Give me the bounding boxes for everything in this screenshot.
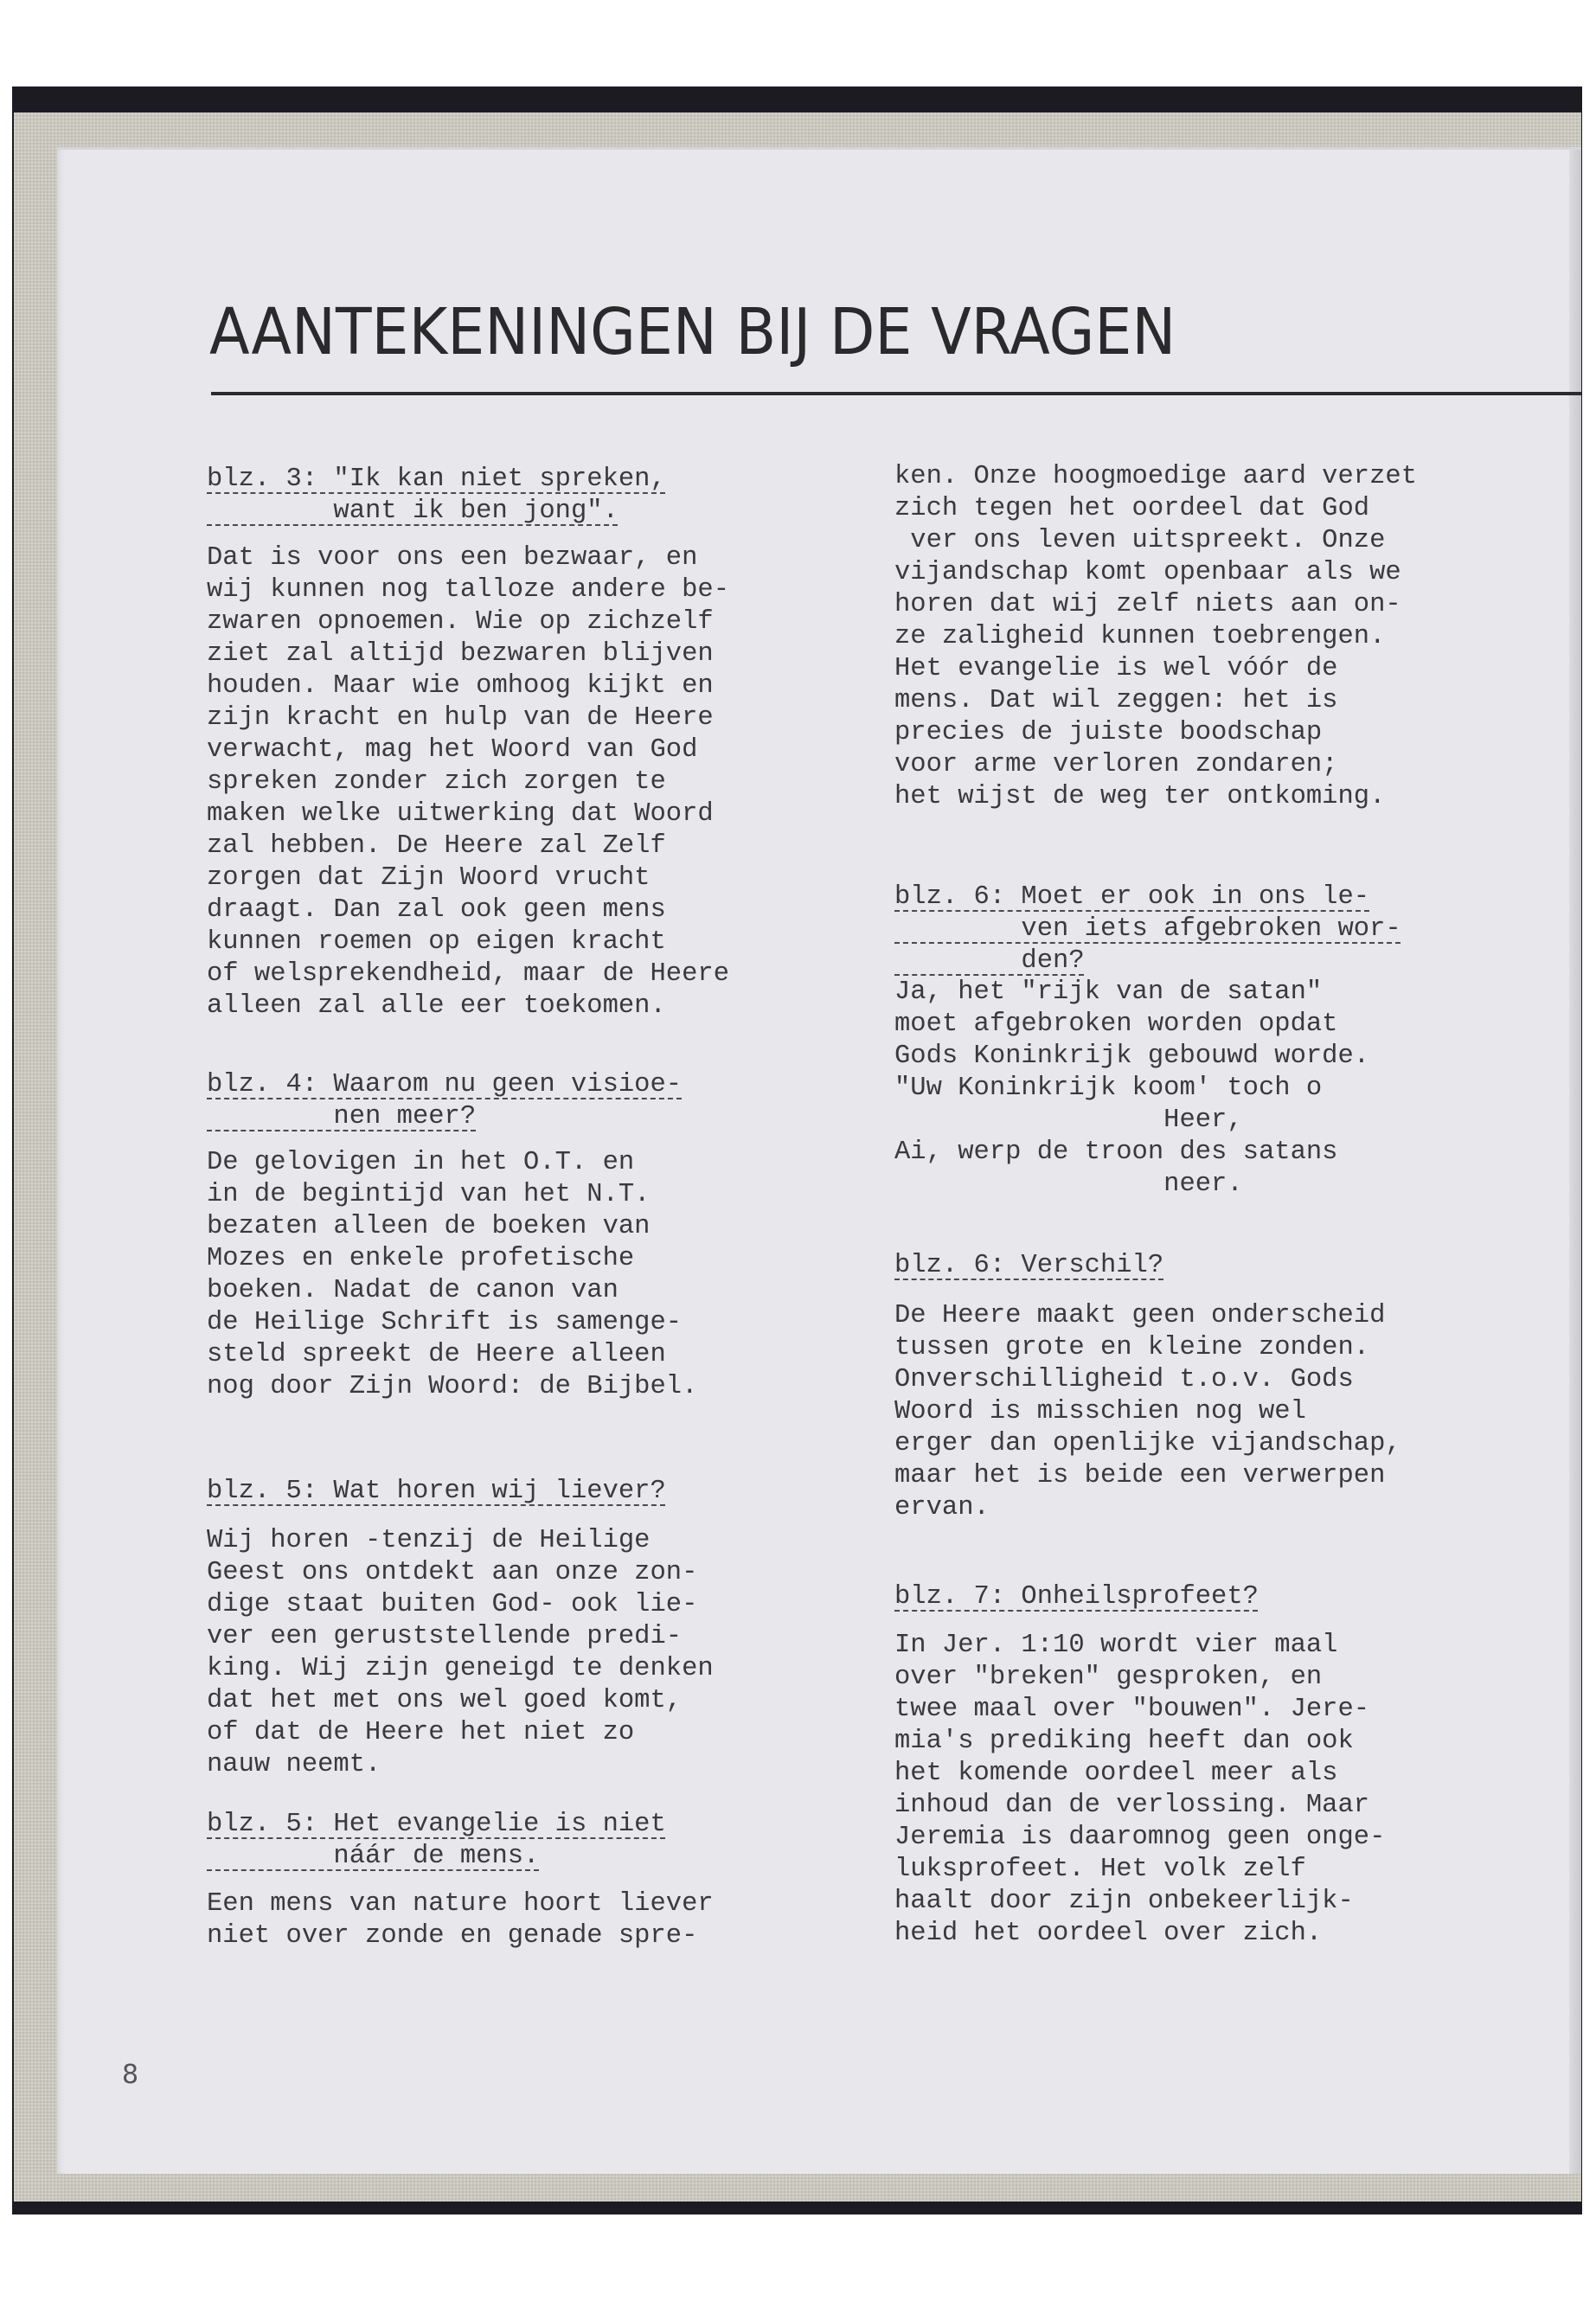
section-heading: den? — [894, 945, 1085, 977]
body-line: zijn kracht en hulp van de Heere — [207, 702, 714, 734]
body-line: Jeremia is daaromnog geen onge- — [894, 1822, 1385, 1854]
section-heading: blz. 6: Moet er ook in ons le- — [894, 881, 1369, 913]
body-line: over "breken" gesproken, en — [894, 1662, 1322, 1694]
body-line: niet over zonde en genade spre- — [207, 1920, 697, 1952]
body-line: draagt. Dan zal ook geen mens — [207, 894, 666, 926]
body-line: erger dan openlijke vijandschap, — [894, 1428, 1401, 1460]
body-line: boeken. Nadat de canon van — [207, 1275, 619, 1307]
body-line: ver een geruststellende predi- — [207, 1621, 682, 1653]
section-heading: blz. 4: Waarom nu geen visioe- — [207, 1069, 682, 1101]
body-line: heid het oordeel over zich. — [894, 1918, 1322, 1950]
left-column: blz. 3: "Ik kan niet spreken, want ik be… — [207, 150, 864, 2053]
body-line: luksprofeet. Het volk zelf — [894, 1854, 1306, 1886]
body-line: tussen grote en kleine zonden. — [894, 1332, 1369, 1364]
body-line: haalt door zijn onbekeerlijk- — [894, 1886, 1354, 1918]
body-line: spreken zonder zich zorgen te — [207, 766, 666, 798]
body-line: Dat is voor ons een bezwaar, en — [207, 542, 697, 574]
body-line: de Heilige Schrift is samenge- — [207, 1307, 682, 1339]
page-number: 8 — [122, 2060, 138, 2090]
body-line: dat het met ons wel goed komt, — [207, 1685, 682, 1717]
body-line: Onverschilligheid t.o.v. Gods — [894, 1364, 1354, 1396]
body-line: of dat de Heere het niet zo — [207, 1717, 634, 1749]
body-line: houden. Maar wie omhoog kijkt en — [207, 670, 714, 702]
body-line: ze zaligheid kunnen toebrengen. — [894, 621, 1385, 653]
body-line: nauw neemt. — [207, 1749, 381, 1781]
body-line: horen dat wij zelf niets aan on- — [894, 589, 1401, 621]
body-line: zorgen dat Zijn Woord vrucht — [207, 862, 650, 894]
section-heading: blz. 3: "Ik kan niet spreken, — [207, 464, 666, 496]
body-line: Geest ons ontdekt aan onze zon- — [207, 1557, 697, 1589]
body-line: kunnen roemen op eigen kracht — [207, 926, 666, 958]
body-line: zich tegen het oordeel dat God — [894, 493, 1369, 525]
body-line: het komende oordeel meer als — [894, 1758, 1337, 1790]
section-heading: náár de mens. — [207, 1841, 539, 1873]
section-heading: blz. 5: Het evangelie is niet — [207, 1809, 666, 1841]
body-line: nog door Zijn Woord: de Bijbel. — [207, 1371, 697, 1403]
body-line: Woord is misschien nog wel — [894, 1396, 1306, 1428]
body-line: in de begintijd van het N.T. — [207, 1179, 650, 1211]
body-line: ziet zal altijd bezwaren blijven — [207, 638, 714, 670]
body-line: Ai, werp de troon des satans — [894, 1137, 1337, 1169]
body-line: ervan. — [894, 1492, 990, 1524]
book-cover: AANTEKENINGEN BIJ DE VRAGEN blz. 3: "Ik … — [12, 87, 1582, 2214]
section-heading: blz. 6: Verschil? — [894, 1250, 1163, 1282]
body-line: of welsprekendheid, maar de Heere — [207, 958, 729, 990]
right-column: ken. Onze hoogmoedige aard verzetzich te… — [894, 150, 1578, 2053]
body-line: De Heere maakt geen onderscheid — [894, 1300, 1385, 1332]
body-line: Gods Koninkrijk gebouwd worde. — [894, 1041, 1369, 1073]
body-line: maken welke uitwerking dat Woord — [207, 798, 714, 830]
body-line: dige staat buiten God- ook lie- — [207, 1589, 697, 1621]
section-heading: blz. 7: Onheilsprofeet? — [894, 1581, 1259, 1613]
body-line: voor arme verloren zondaren; — [894, 749, 1337, 781]
body-line: vijandschap komt openbaar als we — [894, 557, 1401, 589]
body-line: Ja, het "rijk van de satan" — [894, 977, 1322, 1009]
body-line: zwaren opnoemen. Wie op zichzelf — [207, 606, 714, 638]
cloth-binding: AANTEKENINGEN BIJ DE VRAGEN blz. 3: "Ik … — [14, 112, 1581, 2202]
body-line: neer. — [894, 1169, 1243, 1201]
body-line: maar het is beide een verwerpen — [894, 1460, 1385, 1492]
body-line: twee maal over "bouwen". Jere- — [894, 1694, 1369, 1726]
body-line: "Uw Koninkrijk koom' toch o — [894, 1073, 1322, 1105]
section-heading: nen meer? — [207, 1101, 476, 1133]
body-line: inhoud dan de verlossing. Maar — [894, 1790, 1369, 1822]
body-line: verwacht, mag het Woord van God — [207, 734, 697, 766]
body-line: Het evangelie is wel vóór de — [894, 653, 1337, 685]
body-line: Wij horen -tenzij de Heilige — [207, 1525, 650, 1557]
body-line: Mozes en enkele profetische — [207, 1243, 634, 1275]
section-heading: blz. 5: Wat horen wij liever? — [207, 1476, 666, 1508]
body-line: moet afgebroken worden opdat — [894, 1009, 1337, 1041]
body-line: king. Wij zijn geneigd te denken — [207, 1653, 714, 1685]
body-line: precies de juiste boodschap — [894, 717, 1322, 749]
section-heading: ven iets afgebroken wor- — [894, 913, 1401, 945]
body-line: In Jer. 1:10 wordt vier maal — [894, 1630, 1337, 1662]
body-line: ver ons leven uitspreekt. Onze — [894, 525, 1385, 557]
body-line: mia's prediking heeft dan ook — [894, 1726, 1354, 1758]
body-line: wij kunnen nog talloze andere be- — [207, 574, 729, 606]
body-line: Heer, — [894, 1105, 1243, 1137]
body-line: mens. Dat wil zeggen: het is — [894, 685, 1337, 717]
body-line: De gelovigen in het O.T. en — [207, 1147, 634, 1179]
body-line: steld spreekt de Heere alleen — [207, 1339, 666, 1371]
page: AANTEKENINGEN BIJ DE VRAGEN blz. 3: "Ik … — [57, 147, 1581, 2174]
body-line: Een mens van nature hoort liever — [207, 1888, 714, 1920]
body-line: het wijst de weg ter ontkoming. — [894, 781, 1385, 813]
body-line: alleen zal alle eer toekomen. — [207, 990, 666, 1022]
body-line: bezaten alleen de boeken van — [207, 1211, 650, 1243]
body-line: zal hebben. De Heere zal Zelf — [207, 830, 666, 862]
body-line: ken. Onze hoogmoedige aard verzet — [894, 461, 1417, 493]
section-heading: want ik ben jong". — [207, 496, 619, 528]
